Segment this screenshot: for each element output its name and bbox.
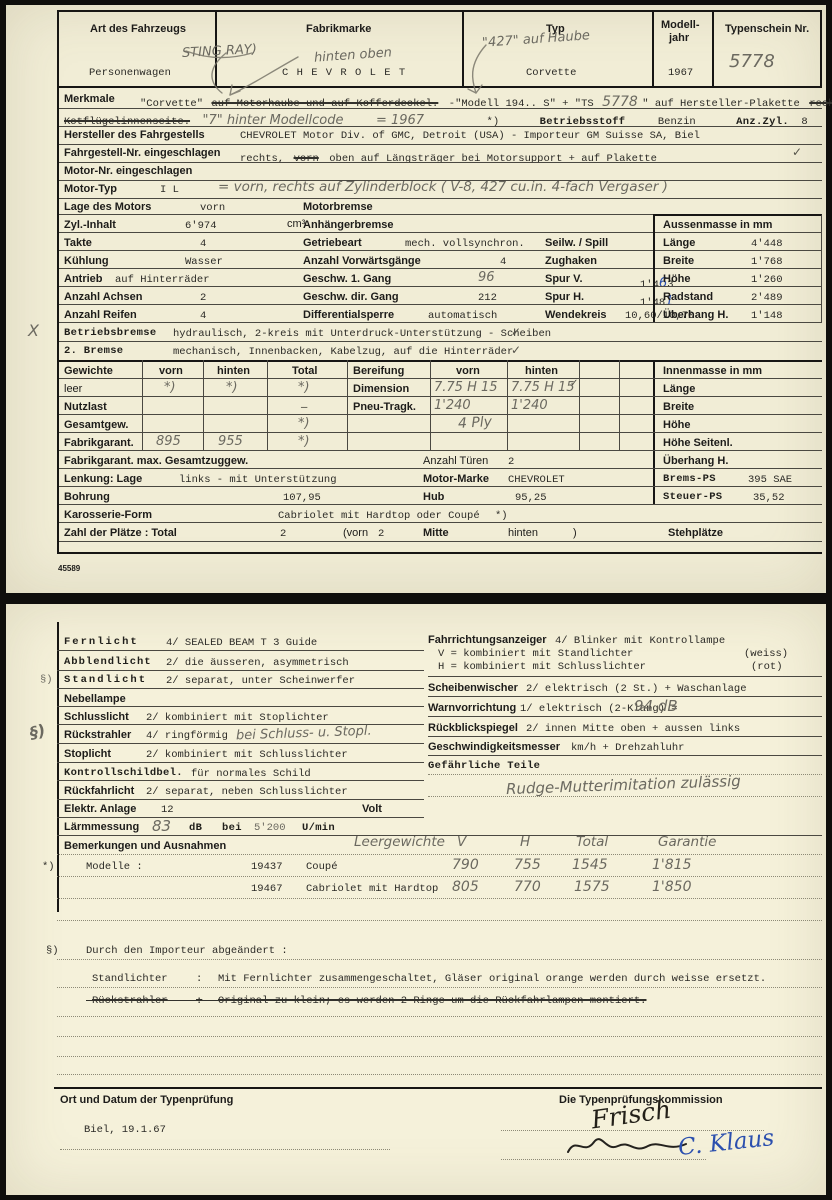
reflector-label: Rückstrahler (64, 729, 131, 741)
divider-line (428, 796, 822, 797)
weights-header: Gewichte (64, 365, 113, 377)
service-brake-check: ✓ (511, 326, 521, 338)
axle-count-value: 2 (200, 292, 206, 305)
empty-weight-total-note: *) (298, 381, 310, 394)
divider-line (428, 736, 822, 737)
typenschein-page-2: Fernlicht 4/ SEALED BEAM T 3 Guide Abble… (6, 604, 826, 1195)
towhook-label: Zughaken (545, 255, 597, 267)
divider-line (267, 360, 268, 450)
turn-signal-value: 4/ Blinker mit Kontrollampe (555, 635, 725, 648)
tire-dimension-label: Dimension (353, 383, 409, 395)
length-label: Länge (663, 237, 695, 249)
importer-line2-label-struck: Rückstrahler (92, 995, 168, 1008)
rear-overhang-label: Überhang H. (663, 309, 728, 321)
bore-value: 107,95 (283, 492, 321, 505)
divider-line (428, 676, 822, 677)
model-row-total-weight: 1545 (572, 858, 608, 872)
forward-gears-label: Anzahl Vorwärtsgänge (303, 255, 421, 267)
body-style-note: *) (495, 510, 508, 523)
models-label: Modelle : (86, 861, 143, 874)
wiper-value: 2/ elektrisch (2 St.) + Waschanlage (526, 683, 747, 696)
divider-line (57, 214, 653, 215)
speed-direct-gear-label: Geschw. dir. Gang (303, 291, 399, 303)
divider-line (57, 650, 424, 651)
wiper-label: Scheibenwischer (428, 682, 518, 694)
strokes-label: Takte (64, 237, 92, 249)
divider-line (428, 716, 822, 717)
tire-load-front: 1'240 (434, 399, 471, 412)
engine-type-label: Motor-Typ (64, 183, 117, 195)
model-row-front-weight: 790 (452, 858, 479, 872)
model-row-name: Cabriolet mit Hardtop (306, 883, 438, 896)
divider-line (428, 755, 822, 756)
tire-dimension-check: ✓ (570, 379, 578, 389)
merkmale-label: Merkmale (64, 93, 115, 105)
reverse-light-value: 2/ separat, neben Schlusslichter (146, 786, 348, 799)
model-row-rear-weight: 770 (514, 880, 541, 894)
speedometer-value: km/h + Drehzahluhr (571, 742, 684, 755)
divider-line (57, 414, 822, 415)
remarks-title: Bemerkungen und Ausnahmen (64, 840, 226, 852)
divider-line (57, 876, 822, 877)
factory-warranty-front: 895 (156, 435, 181, 448)
model-year-label-2: jahr (669, 32, 689, 44)
weights-front-header: vorn (159, 365, 183, 377)
model-row-rear-weight: 755 (514, 858, 541, 872)
engine-make-value: CHEVROLET (508, 474, 565, 487)
chassis-number-struck: vorn (294, 153, 319, 165)
engine-type-handwritten: = vorn, rechts auf Zylinderblock ( V-8, … (218, 181, 668, 195)
tires-header: Bereifung (353, 365, 404, 377)
chassis-number-value: rechts, vorn oben auf Längsträger bei Mo… (240, 148, 657, 166)
divider-line (57, 144, 822, 145)
divider-line (57, 126, 822, 127)
divider-line (57, 706, 424, 707)
standing-places-label: Stehplätze (668, 527, 723, 539)
model-row-warranty-weight: 1'815 (652, 858, 691, 872)
divider-line (57, 762, 424, 763)
margin-section-mark: §) (40, 674, 53, 687)
divider-line (203, 360, 204, 450)
divider-line (501, 1159, 706, 1160)
model-year-value: 1967 (668, 67, 693, 80)
displacement-label: Zyl.-Inhalt (64, 219, 116, 231)
seat-close-paren: ) (573, 527, 577, 539)
gross-weight-total-note: *) (298, 417, 310, 430)
service-brake-value: hydraulisch, 2-kreis mit Unterdruck-Unte… (173, 328, 551, 341)
importer-line1-colon: : (196, 973, 202, 986)
divider-line (57, 817, 424, 818)
inner-dimensions-title: Innenmasse in mm (663, 365, 762, 377)
divider-line (57, 1056, 822, 1057)
divider-line (507, 360, 508, 450)
horn-db-handwritten: 94 dB (634, 699, 678, 714)
empty-weight-rear-note: *) (226, 381, 238, 394)
width-value: 1'768 (751, 256, 783, 269)
volt-unit-label: Volt (362, 803, 382, 815)
door-count-label: Anzahl Türen (423, 455, 488, 467)
divider-line (428, 696, 822, 697)
divider-line (57, 1016, 822, 1017)
wheelbase-label: Radstand (663, 291, 713, 303)
engine-position-label: Lage des Motors (64, 201, 151, 213)
body-style-label: Karosserie-Form (64, 509, 152, 521)
engine-make-label: Motor-Marke (423, 473, 489, 485)
col-front-heading: V (457, 836, 466, 850)
importer-title: Durch den Importeur abgeändert : (86, 945, 288, 958)
reverse-light-label: Rückfahrlicht (64, 785, 134, 797)
second-brake-label: 2. Bremse (64, 345, 123, 358)
stroke-value: 95,25 (515, 492, 547, 505)
high-beam-label: Fernlicht (64, 636, 139, 649)
turn-signal-rear-color: (rot) (751, 661, 783, 674)
position-light-label: Standlicht (64, 674, 147, 687)
second-brake-value: mechanisch, Innenbacken, Kabelzug, auf d… (173, 346, 513, 359)
noise-rpm-unit: U/min (302, 822, 335, 835)
divider-line (57, 688, 424, 689)
inner-side-height-label: Höhe Seitenl. (663, 437, 733, 449)
door-count-value: 2 (508, 456, 514, 469)
low-beam-label: Abblendlicht (64, 656, 152, 669)
steering-label: Lenkung: Lage (64, 473, 142, 485)
model-row-total-weight: 1575 (574, 880, 610, 894)
body-style-value: Cabriolet mit Hardtop oder Coupé (278, 510, 480, 523)
divider-line (57, 552, 822, 554)
importer-line2-text-struck: Original zu klein; es werden 2 Ringe um … (218, 995, 646, 1008)
plate-light-label: Kontrollschildbel. (64, 767, 183, 780)
col-warranty-heading: Garantie (658, 836, 716, 850)
form-left-rule (57, 10, 59, 554)
reflector-value: 4/ ringförmig (146, 730, 228, 743)
divider-line (57, 898, 822, 899)
height-value: 1'260 (751, 274, 783, 287)
width-label: Breite (663, 255, 694, 267)
divider-line (712, 10, 714, 88)
stroke-label: Hub (423, 491, 444, 503)
model-row-code: 19467 (251, 883, 283, 896)
tire-load-rear: 1'240 (511, 399, 548, 412)
tire-dimension-rear: 7.75 H 15 (511, 381, 575, 394)
model-row-name: Coupé (306, 861, 338, 874)
divider-line (652, 10, 654, 88)
mirror-value: 2/ innen Mitte oben + aussen links (526, 723, 740, 736)
weights-rear-header: hinten (217, 365, 250, 377)
noise-db-handwritten: 83 (152, 819, 171, 834)
diff-lock-value: automatisch (428, 310, 497, 323)
chassis-number-label: Fahrgestell-Nr. eingeschlagen (64, 147, 221, 159)
payload-total-dash: — (301, 402, 307, 415)
divider-line (57, 1074, 822, 1075)
divider-line (57, 780, 424, 781)
seat-count-total: 2 (280, 528, 286, 541)
tail-light-label: Schlusslicht (64, 711, 129, 723)
divider-line (430, 360, 431, 450)
outer-dimensions-title: Aussenmasse in mm (663, 219, 772, 231)
margin-scrawl-mark: §) (28, 722, 47, 741)
empty-weight-front-note: *) (164, 381, 176, 394)
tax-hp-value: 35,52 (753, 492, 785, 505)
typenschein-number-label: Typenschein Nr. (725, 23, 809, 35)
col-total-heading: Total (576, 836, 608, 850)
divider-line (57, 396, 822, 397)
diff-lock-label: Differentialsperre (303, 309, 394, 321)
divider-line (57, 522, 822, 523)
stop-light-label: Stoplicht (64, 748, 111, 760)
track-rear-label: Spur H. (545, 291, 584, 303)
weights-total-header: Total (292, 365, 317, 377)
brake-hp-value: 395 SAE (748, 474, 792, 487)
signature-illegible-scrawl (564, 1132, 694, 1160)
tire-load-label: Pneu-Tragk. (353, 401, 416, 413)
model-year-label-1: Modell- (661, 19, 700, 31)
chassis-manufacturer-value: CHEVROLET Motor Div. of GMC, Detroit (US… (240, 130, 700, 143)
chassis-manufacturer-label: Hersteller des Fahrgestells (64, 129, 205, 141)
turn-signal-front-note: V = kombiniert mit Standlichter (438, 648, 633, 661)
trailer-brake-label: Anhängerbremse (303, 219, 393, 231)
max-tow-weight-label: Fabrikgarant. max. Gesamtzuggew. (64, 455, 248, 467)
col-rear-heading: H (520, 836, 530, 850)
divider-line (57, 486, 822, 487)
divider-line (428, 774, 822, 775)
divider-line (54, 1087, 822, 1089)
reflector-handwritten: bei Schluss- u. Stopl. (236, 725, 372, 743)
empty-weights-heading: Leergewichte (354, 836, 445, 850)
chassis-check-mark: ✓ (792, 146, 802, 158)
dangerous-parts-label: Gefährliche Teile (428, 760, 540, 773)
importer-section-mark: §) (46, 945, 59, 958)
typenschein-number-handwritten: 5778 (729, 53, 775, 71)
drive-value: auf Hinterräder (115, 274, 210, 287)
stop-light-value: 2/ kombiniert mit Schlusslichter (146, 749, 348, 762)
importer-line1-label: Standlichter (92, 973, 168, 986)
wheelbase-value: 2'489 (751, 292, 783, 305)
inner-length-label: Länge (663, 383, 695, 395)
steering-value: links - mit Unterstützung (179, 474, 337, 487)
tires-front-header: vorn (456, 365, 480, 377)
position-light-value: 2/ separat, unter Scheinwerfer (166, 675, 355, 688)
mirror-label: Rückblickspiegel (428, 722, 518, 734)
horn-label: Warnvorrichtung (428, 702, 516, 714)
tail-light-value: 2/ kombiniert mit Stoplichter (146, 712, 329, 725)
tire-count-value: 4 (200, 310, 206, 323)
importer-line1-text: Mit Fernlichter zusammengeschaltet, Gläs… (218, 973, 766, 986)
importer-line2-colon-struck: : (196, 995, 202, 1008)
divider-line (619, 360, 620, 450)
noise-db-unit: dB (189, 822, 202, 835)
speed-1st-gear-label: Geschw. 1. Gang (303, 273, 391, 285)
winch-label: Seilw. / Spill (545, 237, 608, 249)
engine-number-label: Motor-Nr. eingeschlagen (64, 165, 192, 177)
divider-line (579, 360, 580, 450)
chassis-number-part2: oben auf Längsträger bei Motorsupport + … (329, 153, 657, 165)
rudge-note-handwritten: Rudge-Mutterimitation zulässig (506, 774, 741, 797)
divider-line (57, 322, 822, 323)
turn-signal-rear-note: H = kombiniert mit Schlusslichter (438, 661, 646, 674)
strike-overlay-line (86, 1000, 606, 1001)
four-ply-handwritten: 4 Ply (458, 415, 493, 431)
track-front-label: Spur V. (545, 273, 583, 285)
tire-count-label: Anzahl Reifen (64, 309, 137, 321)
empty-weight-label: leer (64, 383, 82, 395)
turning-circle-label: Wendekreis (545, 309, 607, 321)
brake-hp-label: Brems-PS (663, 473, 716, 486)
axle-count-label: Anzahl Achsen (64, 291, 142, 303)
strokes-value: 4 (200, 238, 206, 251)
divider-line (57, 108, 822, 109)
divider-line (57, 432, 822, 433)
displacement-value: 6'974 (185, 220, 217, 233)
speed-1st-gear-value: 96 (478, 271, 495, 284)
factory-warranty-rear: 955 (218, 435, 243, 448)
tax-hp-label: Steuer-PS (663, 491, 722, 504)
seat-front-value: 2 (378, 528, 384, 541)
divider-line (57, 743, 424, 744)
divider-line (57, 504, 822, 505)
seat-count-label: Zahl der Plätze : Total (64, 527, 177, 539)
scanned-typenschein-document: { "colors":{"paper_page1":"#f1edd6","pap… (0, 0, 832, 1200)
payload-label: Nutzlast (64, 401, 107, 413)
engine-position-value: vorn (200, 202, 225, 215)
divider-line (57, 541, 822, 542)
bore-label: Bohrung (64, 491, 110, 503)
form-print-code: 45589 (58, 565, 80, 573)
turn-signal-front-color: (weiss) (744, 648, 788, 661)
noise-measurement-label: Lärmmessung (64, 821, 139, 833)
low-beam-value: 2/ die äusseren, asymmetrisch (166, 657, 349, 670)
second-brake-check: ✓ (511, 344, 521, 356)
divider-line (57, 854, 822, 855)
inner-rear-overhang-label: Überhang H. (663, 455, 728, 467)
divider-line (57, 341, 822, 342)
speedometer-label: Geschwindigkeitsmesser (428, 741, 560, 753)
divider-line (57, 920, 822, 921)
factory-warranty-total-note: *) (298, 435, 310, 448)
engine-type-typed: I L (160, 184, 179, 197)
form-left-rule (57, 622, 59, 912)
noise-rpm-value: 5'200 (254, 822, 286, 835)
service-brake-label: Betriebsbremse (64, 327, 156, 340)
margin-x-mark: X (28, 323, 39, 339)
divider-line (142, 360, 143, 450)
divider-line (57, 468, 822, 469)
drive-label: Antrieb (64, 273, 103, 285)
place-date-value: Biel, 19.1.67 (84, 1124, 166, 1137)
inner-width-label: Breite (663, 401, 694, 413)
electrical-system-label: Elektr. Anlage (64, 803, 136, 815)
tire-dimension-front: 7.75 H 15 (434, 381, 498, 394)
typenschein-page-1: Art des Fahrzeugs Fabrikmarke Typ Modell… (6, 5, 826, 593)
rear-overhang-value: 1'148 (751, 310, 783, 323)
divider-line (57, 959, 822, 960)
forward-gears-value: 4 (500, 256, 506, 269)
divider-line (57, 450, 822, 451)
tires-rear-header: hinten (525, 365, 558, 377)
speed-direct-gear-value: 212 (478, 292, 497, 305)
divider-line (57, 162, 822, 163)
model-row-front-weight: 805 (452, 880, 479, 894)
fog-lamp-label: Nebellampe (64, 693, 126, 705)
cooling-value: Wasser (185, 256, 223, 269)
divider-line (347, 360, 348, 450)
gearbox-label: Getriebeart (303, 237, 362, 249)
noise-at-label: bei (222, 822, 242, 835)
turn-signal-label: Fahrrichtungsanzeiger (428, 634, 547, 646)
plate-light-value: für normales Schild (191, 768, 311, 781)
divider-line (57, 1036, 822, 1037)
divider-line (57, 198, 822, 199)
divider-line (60, 1149, 390, 1150)
inner-height-label: Höhe (663, 419, 691, 431)
cooling-label: Kühlung (64, 255, 109, 267)
divider-line (57, 360, 822, 362)
model-row-code: 19437 (251, 861, 283, 874)
place-date-label: Ort und Datum der Typenprüfung (60, 1094, 233, 1106)
seat-middle-label: Mitte (423, 527, 449, 539)
divider-line (57, 670, 424, 671)
chassis-number-part1: rechts, (240, 153, 284, 165)
model-row-warranty-weight: 1'850 (652, 880, 691, 894)
seat-rear-label: hinten (508, 527, 538, 539)
factory-warranty-label: Fabrikgarant. (64, 437, 134, 449)
electrical-system-value: 12 (161, 804, 174, 817)
divider-line (57, 799, 424, 800)
gearbox-value: mech. vollsynchron. (405, 238, 525, 251)
gross-weight-label: Gesamtgew. (64, 419, 128, 431)
seat-front-paren: (vorn (343, 527, 368, 539)
divider-line (57, 378, 822, 379)
height-label: Höhe (663, 273, 691, 285)
high-beam-value: 4/ SEALED BEAM T 3 Guide (166, 637, 317, 650)
length-value: 4'448 (751, 238, 783, 251)
models-asterisk: *) (42, 861, 55, 874)
divider-line (57, 987, 822, 988)
engine-brake-label: Motorbremse (303, 201, 373, 213)
